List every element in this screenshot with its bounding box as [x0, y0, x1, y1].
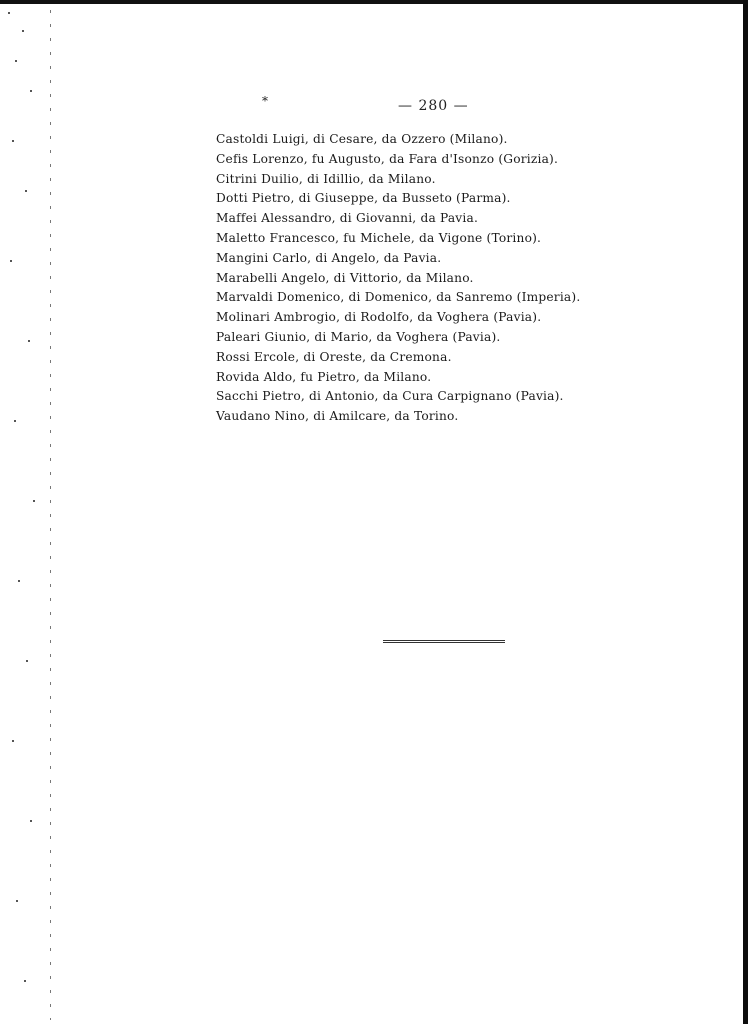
scan-top-border	[0, 0, 748, 4]
name-list: Castoldi Luigi, di Cesare, da Ozzero (Mi…	[216, 130, 580, 427]
list-item: Citrini Duilio, di Idillio, da Milano.	[216, 170, 580, 190]
speck	[18, 580, 20, 582]
list-item: Rovida Aldo, fu Pietro, da Milano.	[216, 368, 580, 388]
list-item: Dotti Pietro, di Giuseppe, da Busseto (P…	[216, 189, 580, 209]
speck	[25, 190, 27, 192]
speck	[33, 500, 35, 502]
speck	[28, 340, 30, 342]
page-marker: *	[262, 94, 268, 108]
list-item: Mangini Carlo, di Angelo, da Pavia.	[216, 249, 580, 269]
scan-right-border	[743, 0, 748, 1024]
list-item: Rossi Ercole, di Oreste, da Cremona.	[216, 348, 580, 368]
speck	[30, 90, 32, 92]
speck	[26, 660, 28, 662]
list-item: Sacchi Pietro, di Antonio, da Cura Carpi…	[216, 387, 580, 407]
speck	[12, 740, 14, 742]
list-item: Cefis Lorenzo, fu Augusto, da Fara d'Iso…	[216, 150, 580, 170]
list-item: Marvaldi Domenico, di Domenico, da Sanre…	[216, 288, 580, 308]
speck	[10, 260, 12, 262]
scan-margin-line	[50, 10, 51, 1020]
speck	[30, 820, 32, 822]
speck	[16, 900, 18, 902]
list-item: Maffei Alessandro, di Giovanni, da Pavia…	[216, 209, 580, 229]
speck	[24, 980, 26, 982]
list-item: Castoldi Luigi, di Cesare, da Ozzero (Mi…	[216, 130, 580, 150]
list-item: Molinari Ambrogio, di Rodolfo, da Vogher…	[216, 308, 580, 328]
scan-left-margin-noise	[0, 0, 62, 1024]
list-item: Vaudano Nino, di Amilcare, da Torino.	[216, 407, 580, 427]
list-item: Marabelli Angelo, di Vittorio, da Milano…	[216, 269, 580, 289]
list-item: Maletto Francesco, fu Michele, da Vigone…	[216, 229, 580, 249]
speck	[8, 12, 10, 14]
page-number: — 280 —	[398, 98, 469, 114]
section-end-rule	[383, 640, 505, 643]
speck	[15, 60, 17, 62]
list-item: Paleari Giunio, di Mario, da Voghera (Pa…	[216, 328, 580, 348]
speck	[14, 420, 16, 422]
speck	[22, 30, 24, 32]
speck	[12, 140, 14, 142]
